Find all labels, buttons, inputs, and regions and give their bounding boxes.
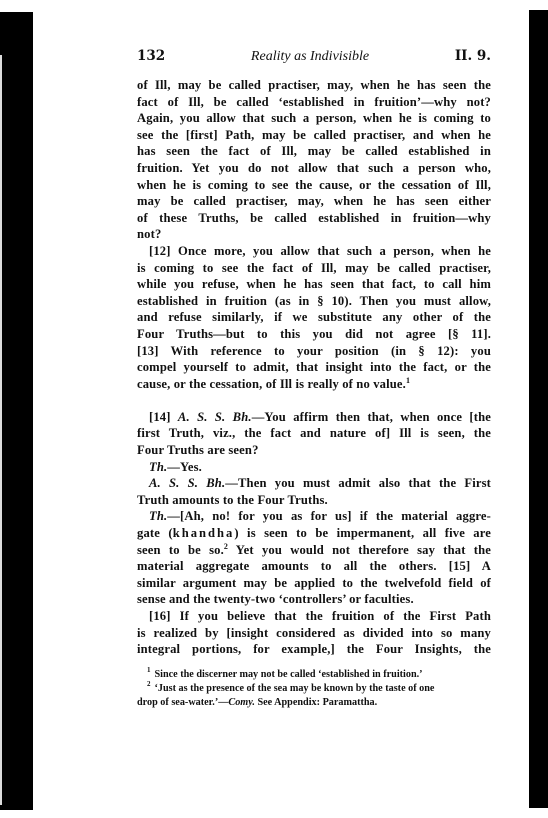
text-line: is realized by [insight considered as di… [137, 625, 491, 642]
text-line: compel yourself to admit, that insight i… [137, 359, 491, 376]
text-line: of Ill, may be called practiser, may, wh… [137, 77, 491, 94]
text-segment: Yet you would not therefore say that the [228, 543, 491, 557]
text-segment: gate ( [137, 526, 173, 540]
text-line: and refuse similarly, if we substitute a… [137, 309, 491, 326]
text-line: while you refuse, when he has seen that … [137, 276, 491, 293]
speaker-theravadin: Th. [149, 509, 167, 523]
text-segment: ) is seen to be impermanent, all five ar… [234, 526, 491, 540]
footnotes: 1Since the discerner may not be called ‘… [137, 668, 491, 710]
reply-theravadin: Th.—[Ah, no! for you as for us] if the m… [137, 508, 491, 525]
paragraph-16-start: [16] If you believe that the fruition of… [137, 608, 491, 625]
speaker-opponent: A. S. S. Bh. [178, 410, 252, 424]
text-line: Four Truths—but to this you did not agre… [137, 326, 491, 343]
speaker-opponent: A. S. S. Bh. [149, 476, 225, 490]
footnote-text: ‘Just as the presence of the sea may be … [155, 683, 435, 694]
text-line: [13] With reference to your position (in… [137, 343, 491, 360]
text-line: fact of Ill, be called ‘established in f… [137, 94, 491, 111]
footnote-2: 2‘Just as the presence of the sea may be… [137, 682, 491, 696]
text-line: established in fruition (as in § 10). Th… [137, 293, 491, 310]
footnote-text: Since the discerner may not be called ‘e… [155, 669, 423, 680]
text-line: Truth amounts to the Four Truths. [137, 492, 491, 509]
text-line: seen to be so.2 Yet you would not theref… [137, 542, 491, 559]
text-line: may be called practiser, may, when he ha… [137, 193, 491, 210]
text-line: has seen the fact of Ill, may be called … [137, 143, 491, 160]
commentary-abbrev: Comy. [228, 697, 255, 708]
text-segment: seen to be so. [137, 543, 224, 557]
pali-term: khandha [173, 526, 235, 540]
text-segment: —You affirm then that, when once [the [252, 410, 491, 424]
page-number: 132 [137, 48, 165, 64]
text-line: cause, or the cessation, of Ill is reall… [137, 376, 491, 393]
reply-theravadin: Th.—Yes. [137, 459, 491, 476]
text-line: not? [137, 226, 491, 243]
running-title: Reality as Indivisible [251, 49, 369, 65]
paragraph-12-start: [12] Once more, you allow that such a pe… [137, 243, 491, 260]
footnote-text: See Appendix: Paramattha. [255, 697, 377, 708]
footnote-text: drop of sea-water.’— [137, 697, 228, 708]
footnote-number: 1 [147, 666, 151, 674]
section-gap [137, 392, 491, 409]
text-line: when he is coming to see the cause, or t… [137, 177, 491, 194]
speaker-theravadin: Th. [149, 460, 167, 474]
footnote-1: 1Since the discerner may not be called ‘… [137, 668, 491, 682]
footnote-number: 2 [147, 680, 151, 688]
scan-border-left-edge [0, 55, 2, 805]
text-line: is coming to see the fact of Ill, may be… [137, 260, 491, 277]
text-line: gate (khandha) is seen to be impermanent… [137, 525, 491, 542]
book-page: 132 Reality as Indivisible II. 9. of Ill… [137, 48, 491, 710]
text-line: see the [first] Path, may be called prac… [137, 127, 491, 144]
text-line: Again, you allow that such a person, whe… [137, 110, 491, 127]
text-line: material aggregate amounts to all the ot… [137, 558, 491, 575]
section-number: II. 9. [455, 48, 491, 64]
text-line: fruition. Yet you do not allow that such… [137, 160, 491, 177]
text-segment: —Yes. [167, 460, 202, 474]
scan-border-right [529, 10, 548, 808]
paragraph-14-start: [14] A. S. S. Bh.—You affirm then that, … [137, 409, 491, 426]
text-segment: —[Ah, no! for you as for us] if the mate… [167, 509, 491, 523]
body-text: of Ill, may be called practiser, may, wh… [137, 77, 491, 658]
text-line: similar argument may be applied to the t… [137, 575, 491, 592]
reply-opponent: A. S. S. Bh.—Then you must admit also th… [137, 475, 491, 492]
text-segment: [14] [149, 410, 178, 424]
footnote-2-continued: drop of sea-water.’—Comy. See Appendix: … [137, 696, 491, 710]
running-head: 132 Reality as Indivisible II. 9. [137, 48, 491, 68]
text-line: Four Truths are seen? [137, 442, 491, 459]
text-line: first Truth, viz., the fact and nature o… [137, 425, 491, 442]
text-line: of these Truths, be called established i… [137, 210, 491, 227]
footnote-ref-1[interactable]: 1 [406, 376, 410, 385]
text-segment: —Then you must admit also that the First [225, 476, 491, 490]
text-line: sense and the twenty-two ‘controllers’ o… [137, 591, 491, 608]
text-line: integral portions, for example,] the Fou… [137, 641, 491, 658]
text-segment: cause, or the cessation, of Ill is reall… [137, 377, 406, 391]
scan-border-left [0, 12, 33, 810]
